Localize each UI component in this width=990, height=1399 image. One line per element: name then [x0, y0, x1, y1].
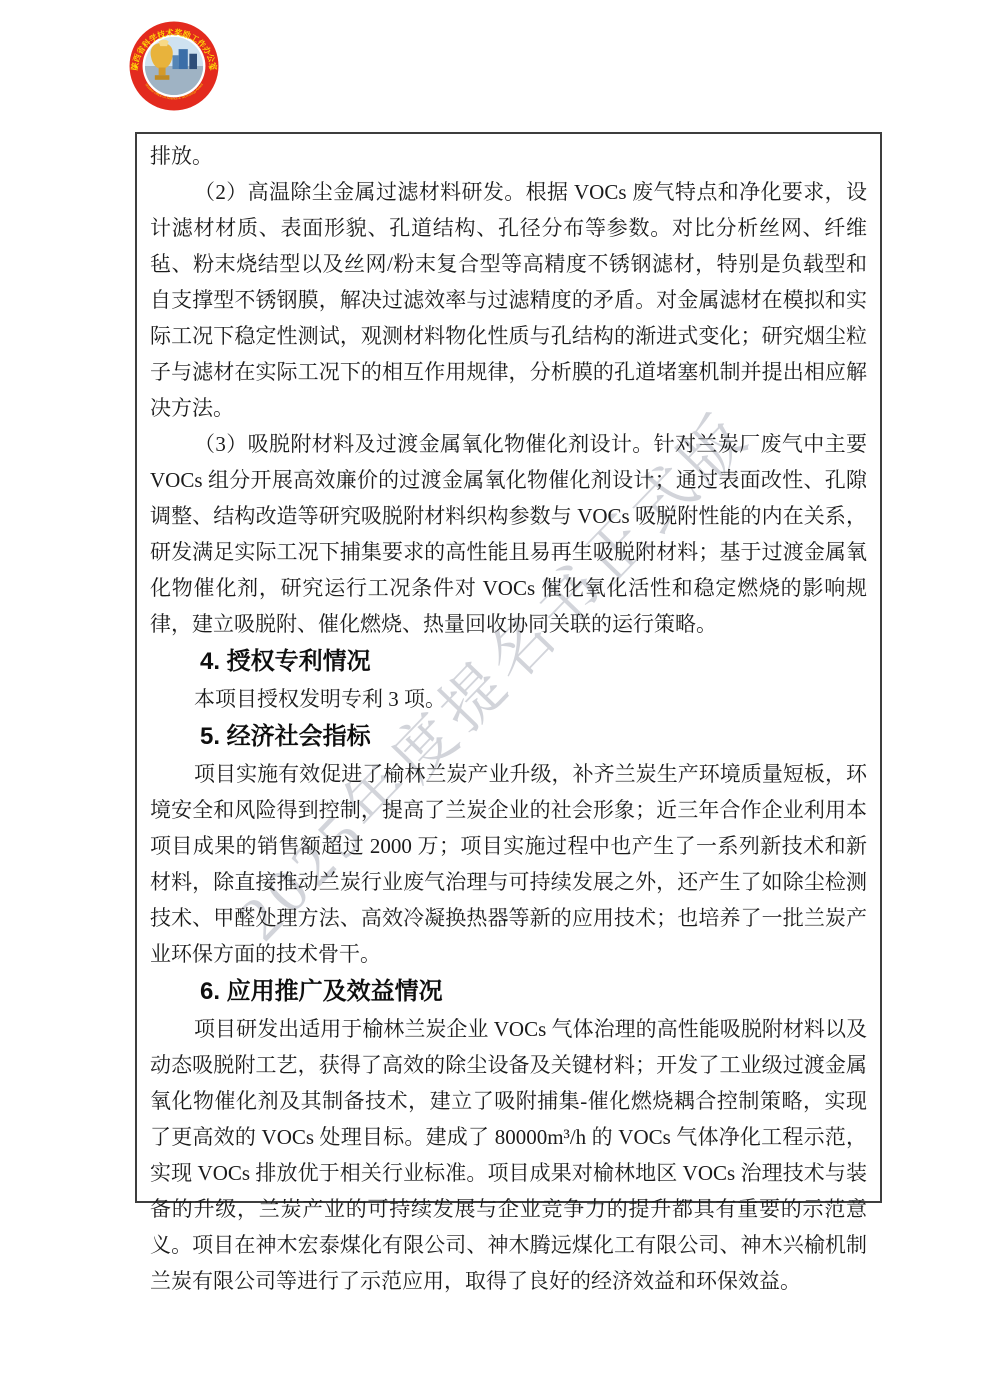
star-right-icon: ★ — [208, 65, 213, 71]
award-office-seal-logo: 陕西省科学技术奖励工作办公室 Shaanxi Office Of Science… — [128, 20, 220, 112]
paragraph: （2）高温除尘金属过滤材料研发。根据 VOCs 废气特点和净化要求，设计滤材材质… — [150, 174, 867, 426]
paragraph: 项目实施有效促进了榆林兰炭产业升级，补齐兰炭生产环境质量短板，环境安全和风险得到… — [150, 756, 867, 972]
seal-center-photo — [145, 37, 203, 95]
section-heading: 6. 应用推广及效益情况 — [150, 972, 867, 1011]
paragraph: 项目研发出适用于榆林兰炭企业 VOCs 气体治理的高性能吸脱附材料以及动态吸脱附… — [150, 1011, 867, 1299]
section-heading: 5. 经济社会指标 — [150, 717, 867, 756]
paragraph: 本项目授权发明专利 3 项。 — [150, 681, 867, 717]
paragraph: （3）吸脱附材料及过渡金属氧化物催化剂设计。针对兰炭厂废气中主要 VOCs 组分… — [150, 426, 867, 642]
seal-graphic: 陕西省科学技术奖励工作办公室 Shaanxi Office Of Science… — [128, 20, 220, 112]
document-body: 排放。（2）高温除尘金属过滤材料研发。根据 VOCs 废气特点和净化要求，设计滤… — [135, 132, 882, 1203]
document-page: 陕西省科学技术奖励工作办公室 Shaanxi Office Of Science… — [0, 0, 990, 1399]
star-left-icon: ★ — [134, 65, 139, 71]
paragraph: 排放。 — [150, 138, 867, 174]
section-heading: 4. 授权专利情况 — [150, 642, 867, 681]
